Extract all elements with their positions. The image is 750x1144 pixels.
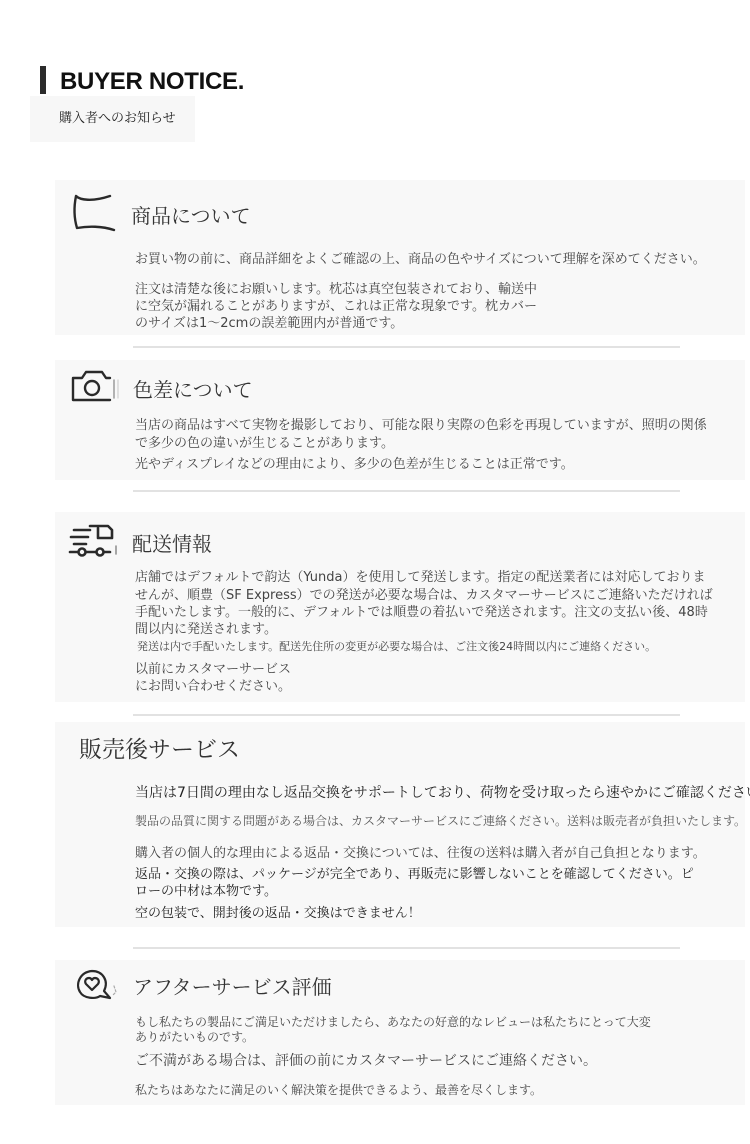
shipping-text-line: 以前にカスタマーサービス <box>135 661 291 678</box>
product-text-line: のサイズは1～2cmの誤差範囲内が普通です。 <box>135 315 403 332</box>
color-section-title: 色差について <box>133 374 253 403</box>
color-text-line: 光やディスプレイなどの理由により、多少の色差が生じることは正常です。 <box>135 456 574 473</box>
after-sales-text-line: ローの中材は本物です。 <box>135 883 277 900</box>
color-text-line: で多少の色の違いが生じることがあります。 <box>135 435 394 452</box>
review-text-line: もし私たちの製品にご満足いただけましたら、あなたの好意的なレビューは私たちにとっ… <box>135 1014 651 1030</box>
section-divider <box>133 714 680 716</box>
review-text-line: 私たちはあなたに満足のいく解決策を提供できるよう、最善を尽くします。 <box>135 1082 542 1098</box>
product-section-title: 商品について <box>131 200 251 229</box>
shipping-text-line: 間以内に発送されます。 <box>135 621 277 638</box>
after-sales-text-line: 返品・交換の際は、パッケージが完全であり、再販売に影響しないことを確認してくださ… <box>135 866 694 883</box>
shipping-text-line: 発送は内で手配いたします。配送先住所の変更が必要な場合は、ご注文後24時間以内に… <box>137 639 656 654</box>
product-text-line: お買い物の前に、商品詳細をよくご確認の上、商品の色やサイズについて理解を深めてく… <box>135 251 706 268</box>
product-text-line: 注文は清楚な後にお願いします。枕芯は真空包装されており、輸送中 <box>135 281 537 298</box>
after-sales-text-line: 製品の品質に関する問題がある場合は、カスタマーサービスにご連絡ください。送料は販… <box>135 813 746 829</box>
shipping-text-line: にお問い合わせください。 <box>135 678 291 695</box>
shipping-text-line: 店舗ではデフォルトで韵达（Yunda）を使用して発送します。指定の配送業者には対… <box>135 569 705 586</box>
after-sales-text-line: 空の包装で、開封後の返品・交換はできません！ <box>135 905 421 922</box>
color-text-line: 当店の商品はすべて実物を撮影しており、可能な限り実際の色彩を再現していますが、照… <box>135 417 707 434</box>
review-section-title: アフターサービス評価 <box>133 971 332 1000</box>
after-sales-section-title: 販売後サービス <box>79 731 240 764</box>
camera-icon <box>70 364 122 408</box>
section-divider <box>133 346 680 348</box>
review-text-line: ありがたいものです。 <box>135 1029 254 1045</box>
review-text-line: ご不満がある場合は、評価の前にカスタマーサービスにご連絡ください。 <box>135 1052 597 1070</box>
header-accent-bar <box>40 66 46 94</box>
shipping-section-title: 配送情報 <box>132 528 212 557</box>
section-divider <box>133 947 680 949</box>
pillow-icon <box>70 190 122 234</box>
page-subtitle: 購入者へのお知らせ <box>59 107 176 126</box>
section-divider <box>133 490 680 492</box>
after-sales-text-line: 当店は7日間の理由なし返品交換をサポートしており、荷物を受け取ったら速やかにご確… <box>135 784 750 802</box>
page-title: BUYER NOTICE. <box>60 68 244 96</box>
shipping-text-line: せんが、順豊（SF Express）での発送が必要な場合は、カスタマーサービスに… <box>135 587 713 604</box>
heart-speech-bubble-icon <box>72 962 124 1006</box>
shipping-text-line: 手配いたします。一般的に、デフォルトでは順豊の着払いで発送されます。注文の支払い… <box>135 604 708 621</box>
after-sales-text-line: 購入者の個人的な理由による返品・交換については、往復の送料は購入者が自己負担とな… <box>135 845 706 862</box>
delivery-truck-icon <box>68 518 120 562</box>
product-text-line: に空気が漏れることがありますが、これは正常な現象です。枕カバー <box>135 298 537 315</box>
